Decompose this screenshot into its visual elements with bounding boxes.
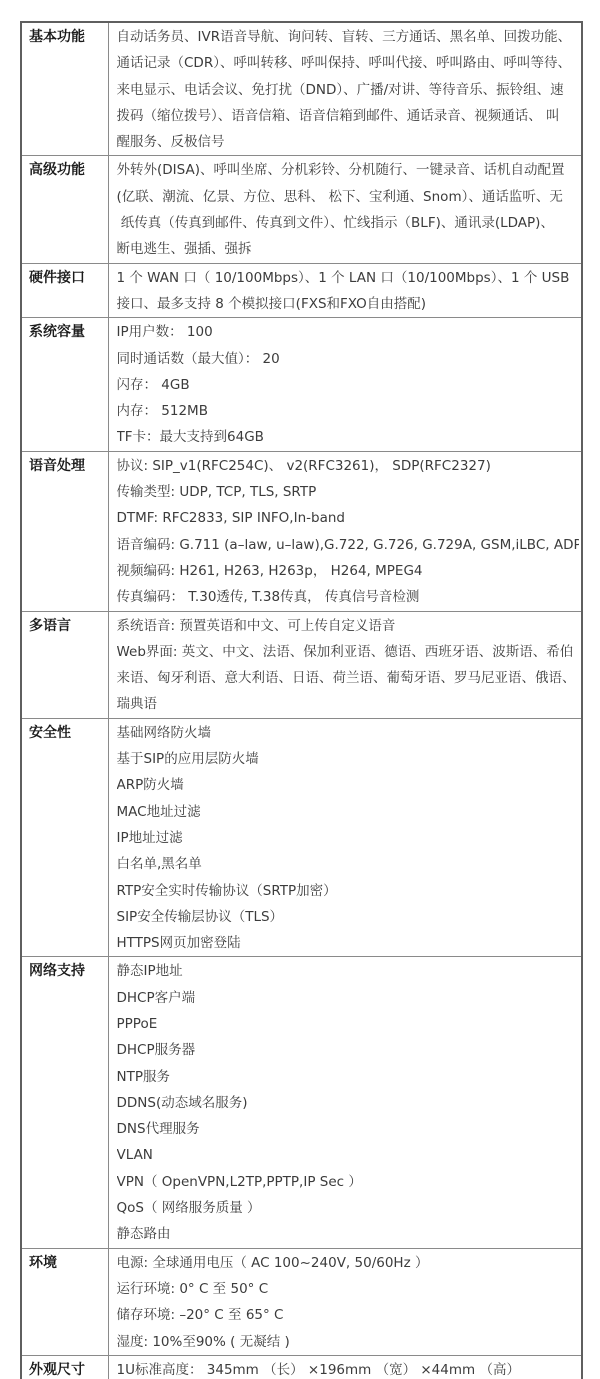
spec-text-line: 通话记录（CDR）、呼叫转移、呼叫保持、呼叫代接、呼叫路由、呼叫等待、 [117, 50, 580, 76]
spec-text-line: ARP防火墙 [117, 772, 580, 798]
spec-text-line: 基于SIP的应用层防火墙 [117, 746, 580, 772]
spec-row-label-voice-processing: 语音处理 [21, 451, 108, 611]
spec-row-label-dimensions: 外观尺寸 [21, 1355, 108, 1379]
spec-text-line: DHCP客户端 [117, 985, 580, 1011]
spec-row-value-system-capacity: IP用户数： 100同时通话数（最大值）： 20闪存： 4GB内存： 512MB… [108, 318, 582, 451]
spec-text-line: 接口、最多支持 8 个模拟接口(FXS和FXO自由搭配) [117, 291, 580, 317]
spec-text-line: 静态IP地址 [117, 958, 580, 984]
spec-text-line: 静态路由 [117, 1221, 580, 1247]
spec-text-line: 运行环境: 0° C 至 50° C [117, 1276, 580, 1302]
spec-row-hardware-interfaces: 硬件接口1 个 WAN 口（ 10/100Mbps）、1 个 LAN 口（10/… [21, 263, 582, 318]
spec-text-line: 电源: 全球通用电压（ AC 100~240V, 50/60Hz ） [117, 1250, 580, 1276]
spec-row-value-network-support: 静态IP地址DHCP客户端PPPoEDHCP服务器NTP服务DDNS(动态域名服… [108, 957, 582, 1248]
spec-row-security: 安全性基础网络防火墙基于SIP的应用层防火墙ARP防火墙MAC地址过滤IP地址过… [21, 718, 582, 957]
spec-text-line: 断电逃生、强插、强拆 [117, 236, 580, 262]
spec-row-value-hardware-interfaces: 1 个 WAN 口（ 10/100Mbps）、1 个 LAN 口（10/100M… [108, 263, 582, 318]
spec-row-label-basic-features: 基本功能 [21, 22, 108, 156]
spec-text-line: 醒服务、反极信号 [117, 129, 580, 155]
spec-text-line: SIP安全传输层协议（TLS） [117, 904, 580, 930]
spec-row-system-capacity: 系统容量IP用户数： 100同时通话数（最大值）： 20闪存： 4GB内存： 5… [21, 318, 582, 451]
spec-text-line: Web界面: 英文、中文、法语、保加利亚语、德语、西班牙语、波斯语、希伯 [117, 639, 580, 665]
spec-sheet-page: 基本功能自动话务员、IVR语音导航、询问转、盲转、三方通话、黑名单、回拨功能、通… [0, 0, 600, 1379]
spec-text-line: 语音编码: G.711 (a–law, u–law),G.722, G.726,… [117, 532, 580, 558]
spec-text-line: 闪存： 4GB [117, 372, 580, 398]
spec-text-line: 瑞典语 [117, 691, 580, 717]
spec-row-dimensions: 外观尺寸1U标准高度： 345mm （长） ×196mm （宽） ×44mm （… [21, 1355, 582, 1379]
spec-text-line: 传真编码： T.30透传, T.38传真， 传真信号音检测 [117, 584, 580, 610]
spec-text-line: RTP安全实时传输协议（SRTP加密） [117, 878, 580, 904]
spec-row-label-hardware-interfaces: 硬件接口 [21, 263, 108, 318]
spec-text-line: 同时通话数（最大值）： 20 [117, 346, 580, 372]
spec-row-multi-language: 多语言系统语音: 预置英语和中文、可上传自定义语音Web界面: 英文、中文、法语… [21, 611, 582, 718]
spec-text-line: DHCP服务器 [117, 1037, 580, 1063]
spec-text-line: 传输类型: UDP, TCP, TLS, SRTP [117, 479, 580, 505]
spec-row-label-security: 安全性 [21, 718, 108, 957]
spec-text-line: PPPoE [117, 1011, 580, 1037]
spec-text-line: 基础网络防火墙 [117, 720, 580, 746]
spec-text-line: 来电显示、电话会议、免打扰（DND）、广播/对讲、等待音乐、振铃组、速 [117, 77, 580, 103]
spec-text-line: (亿联、潮流、亿景、方位、思科、 松下、宝利通、Snom）、通话监听、无 [117, 184, 580, 210]
spec-text-line: QoS（ 网络服务质量 ） [117, 1195, 580, 1221]
spec-text-line: 视频编码: H261, H263, H263p， H264, MPEG4 [117, 558, 580, 584]
spec-row-basic-features: 基本功能自动话务员、IVR语音导航、询问转、盲转、三方通话、黑名单、回拨功能、通… [21, 22, 582, 156]
spec-text-line: 外转外(DISA)、呼叫坐席、分机彩铃、分机随行、一键录音、话机自动配置 [117, 157, 580, 183]
spec-text-line: 自动话务员、IVR语音导航、询问转、盲转、三方通话、黑名单、回拨功能、 [117, 24, 580, 50]
spec-text-line: 协议: SIP_v1(RFC254C)、 v2(RFC3261)， SDP(RF… [117, 453, 580, 479]
spec-text-line: 1U标准高度： 345mm （长） ×196mm （宽） ×44mm （高） [117, 1357, 580, 1379]
spec-table: 基本功能自动话务员、IVR语音导航、询问转、盲转、三方通话、黑名单、回拨功能、通… [20, 21, 583, 1379]
spec-row-network-support: 网络支持静态IP地址DHCP客户端PPPoEDHCP服务器NTP服务DDNS(动… [21, 957, 582, 1248]
spec-row-value-environment: 电源: 全球通用电压（ AC 100~240V, 50/60Hz ）运行环境: … [108, 1248, 582, 1355]
spec-text-line: IP地址过滤 [117, 825, 580, 851]
spec-row-advanced-features: 高级功能外转外(DISA)、呼叫坐席、分机彩铃、分机随行、一键录音、话机自动配置… [21, 156, 582, 263]
spec-row-label-environment: 环境 [21, 1248, 108, 1355]
spec-row-label-network-support: 网络支持 [21, 957, 108, 1248]
spec-text-line: 1 个 WAN 口（ 10/100Mbps）、1 个 LAN 口（10/100M… [117, 265, 580, 291]
spec-text-line: MAC地址过滤 [117, 799, 580, 825]
spec-row-label-system-capacity: 系统容量 [21, 318, 108, 451]
spec-text-line: DTMF: RFC2833, SIP INFO,In-band [117, 505, 580, 531]
spec-text-line: IP用户数： 100 [117, 319, 580, 345]
spec-text-line: 内存： 512MB [117, 398, 580, 424]
spec-text-line: DNS代理服务 [117, 1116, 580, 1142]
spec-text-line: 纸传真（传真到邮件、传真到文件）、忙线指示（BLF)、通讯录(LDAP)、 [117, 210, 580, 236]
spec-text-line: VPN（ OpenVPN,L2TP,PPTP,IP Sec ） [117, 1169, 580, 1195]
spec-text-line: 白名单,黑名单 [117, 851, 580, 877]
spec-text-line: 储存环境: –20° C 至 65° C [117, 1302, 580, 1328]
spec-text-line: VLAN [117, 1142, 580, 1168]
spec-row-value-dimensions: 1U标准高度： 345mm （长） ×196mm （宽） ×44mm （高） [108, 1355, 582, 1379]
spec-row-voice-processing: 语音处理协议: SIP_v1(RFC254C)、 v2(RFC3261)， SD… [21, 451, 582, 611]
spec-text-line: 湿度: 10%至90% ( 无凝结 ) [117, 1329, 580, 1355]
spec-row-label-advanced-features: 高级功能 [21, 156, 108, 263]
spec-row-value-basic-features: 自动话务员、IVR语音导航、询问转、盲转、三方通话、黑名单、回拨功能、通话记录（… [108, 22, 582, 156]
spec-text-line: HTTPS网页加密登陆 [117, 930, 580, 956]
spec-row-value-security: 基础网络防火墙基于SIP的应用层防火墙ARP防火墙MAC地址过滤IP地址过滤白名… [108, 718, 582, 957]
spec-row-value-advanced-features: 外转外(DISA)、呼叫坐席、分机彩铃、分机随行、一键录音、话机自动配置(亿联、… [108, 156, 582, 263]
spec-text-line: DDNS(动态域名服务) [117, 1090, 580, 1116]
spec-row-value-multi-language: 系统语音: 预置英语和中文、可上传自定义语音Web界面: 英文、中文、法语、保加… [108, 611, 582, 718]
spec-text-line: 拨码（缩位拨号）、语音信箱、语音信箱到邮件、通话录音、视频通话、 叫 [117, 103, 580, 129]
spec-row-label-multi-language: 多语言 [21, 611, 108, 718]
spec-text-line: NTP服务 [117, 1064, 580, 1090]
spec-text-line: TF卡：最大支持到64GB [117, 424, 580, 450]
spec-text-line: 系统语音: 预置英语和中文、可上传自定义语音 [117, 613, 580, 639]
spec-text-line: 来语、匈牙利语、意大利语、日语、荷兰语、葡萄牙语、罗马尼亚语、俄语、 [117, 665, 580, 691]
spec-row-value-voice-processing: 协议: SIP_v1(RFC254C)、 v2(RFC3261)， SDP(RF… [108, 451, 582, 611]
spec-row-environment: 环境电源: 全球通用电压（ AC 100~240V, 50/60Hz ）运行环境… [21, 1248, 582, 1355]
